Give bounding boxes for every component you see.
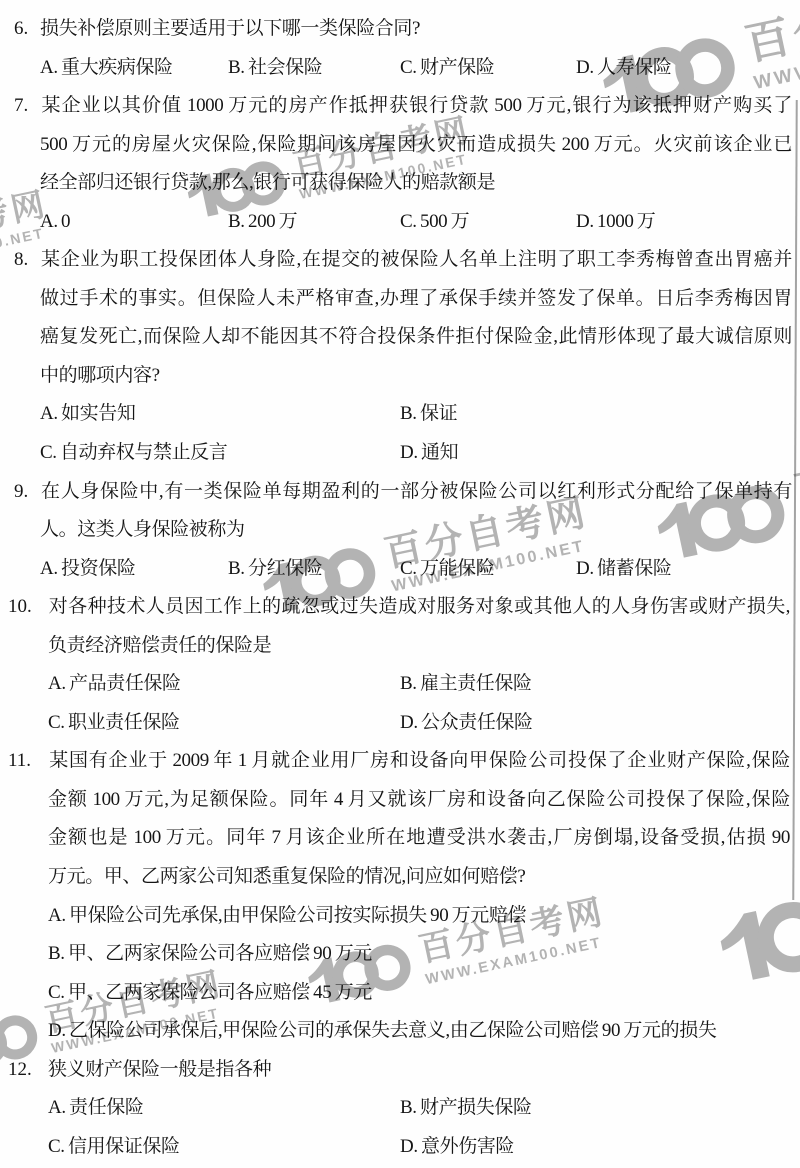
option-c: C. 财产保险	[400, 49, 576, 88]
option-b: B. 保证	[400, 395, 792, 434]
option-b: B. 雇主责任保险	[400, 665, 790, 704]
option-d: D. 公众责任保险	[400, 704, 790, 743]
option-a: A. 如实告知	[40, 395, 400, 434]
question-text: 狭义财产保险一般是指各种	[48, 1059, 271, 1080]
option-a: A. 重大疾病保险	[40, 49, 228, 88]
option-c: C. 万能保险	[400, 550, 576, 589]
option-d: D. 乙保险公司承保后,甲保险公司的承保失去意义,由乙保险公司赔偿 90 万元的…	[48, 1012, 790, 1051]
question-number: 11.	[8, 742, 48, 781]
question-line: 500 万元的房屋火灾保险,保险期间该房屋因火灾而造成损失 200 万元。火灾前…	[14, 126, 792, 165]
option-b: B. 社会保险	[228, 49, 400, 88]
question-number: 9.	[14, 473, 40, 512]
question-line: 癌复发死亡,而保险人却不能因其不符合投保条件拒付保险金,此情形体现了最大诚信原则	[14, 318, 792, 357]
options-row: A. 0 B. 200 万 C. 500 万 D. 1000 万	[14, 203, 792, 242]
question-line: 万元。甲、乙两家公司知悉重复保险的情况,问应如何赔偿?	[8, 858, 790, 897]
options-row: A. 重大疾病保险 B. 社会保险 C. 财产保险 D. 人寿保险	[14, 49, 792, 88]
question-line: 经全部归还银行贷款,那么,银行可获得保险人的赔款额是	[14, 164, 792, 203]
question-number: 12.	[8, 1051, 48, 1090]
option-b: B. 200 万	[228, 203, 400, 242]
question-number: 7.	[14, 87, 40, 126]
question-line: 6.损失补偿原则主要适用于以下哪一类保险合同?	[14, 10, 792, 49]
question-number: 10.	[8, 588, 48, 627]
question-line: 10.对各种技术人员因工作上的疏忽或过失造成对服务对象或其他人的人身伤害或财产损…	[8, 588, 790, 627]
question-9: 9.在人身保险中,有一类保险单每期盈利的一部分被保险公司以红利形式分配给了保单持…	[14, 473, 792, 589]
question-number: 6.	[14, 10, 40, 49]
options-row: A. 责任保险 B. 财产损失保险 C. 信用保证保险 D. 意外伤害险	[8, 1089, 790, 1166]
option-b: B. 财产损失保险	[400, 1089, 790, 1128]
question-text: 某企业为职工投保团体人身险,在提交的被保险人名单上注明了职工李秀梅曾查出胃癌并	[40, 249, 792, 270]
question-8: 8.某企业为职工投保团体人身险,在提交的被保险人名单上注明了职工李秀梅曾查出胃癌…	[14, 241, 792, 472]
option-a: A. 责任保险	[48, 1089, 400, 1128]
option-c: C. 自动弃权与禁止反言	[40, 434, 400, 473]
question-line: 9.在人身保险中,有一类保险单每期盈利的一部分被保险公司以红利形式分配给了保单持…	[14, 473, 792, 512]
question-line: 人。这类人身保险被称为	[14, 511, 792, 550]
option-b: B. 甲、乙两家保险公司各应赔偿 90 万元	[48, 935, 790, 974]
option-b: B. 分红保险	[228, 550, 400, 589]
option-d: D. 人寿保险	[576, 49, 792, 88]
question-line: 11.某国有企业于 2009 年 1 月就企业用厂房和设备向甲保险公司投保了企业…	[8, 742, 790, 781]
option-c: C. 职业责任保险	[48, 704, 400, 743]
question-line: 金额也是 100 万元。同年 7 月该企业所在地遭受洪水袭击,厂房倒塌,设备受损…	[8, 819, 790, 858]
option-a: A. 0	[40, 203, 228, 242]
option-d: D. 储蓄保险	[576, 550, 792, 589]
options-row: A. 产品责任保险 B. 雇主责任保险 C. 职业责任保险 D. 公众责任保险	[8, 665, 790, 742]
question-6: 6.损失补偿原则主要适用于以下哪一类保险合同? A. 重大疾病保险 B. 社会保…	[14, 10, 792, 87]
question-text: 在人身保险中,有一类保险单每期盈利的一部分被保险公司以红利形式分配给了保单持有	[40, 481, 792, 502]
option-c: C. 甲、乙两家保险公司各应赔偿 45 万元	[48, 974, 790, 1013]
question-line: 12.狭义财产保险一般是指各种	[8, 1051, 790, 1090]
option-a: A. 投资保险	[40, 550, 228, 589]
question-10: 10.对各种技术人员因工作上的疏忽或过失造成对服务对象或其他人的人身伤害或财产损…	[8, 588, 790, 742]
question-line: 做过手术的事实。但保险人未严格审查,办理了承保手续并签发了保单。日后李秀梅因胃	[14, 280, 792, 319]
option-a: A. 产品责任保险	[48, 665, 400, 704]
question-number: 8.	[14, 241, 40, 280]
question-12: 12.狭义财产保险一般是指各种 A. 责任保险 B. 财产损失保险 C. 信用保…	[8, 1051, 790, 1167]
option-d: D. 意外伤害险	[400, 1128, 790, 1167]
option-c: C. 500 万	[400, 203, 576, 242]
options-row: A. 如实告知 B. 保证 C. 自动弃权与禁止反言 D. 通知	[14, 395, 792, 472]
options-row: A. 投资保险 B. 分红保险 C. 万能保险 D. 储蓄保险	[14, 550, 792, 589]
option-d: D. 1000 万	[576, 203, 792, 242]
question-line: 8.某企业为职工投保团体人身险,在提交的被保险人名单上注明了职工李秀梅曾查出胃癌…	[14, 241, 792, 280]
question-line: 中的哪项内容?	[14, 357, 792, 396]
question-line: 负责经济赔偿责任的保险是	[8, 627, 790, 666]
exam-page: 6.损失补偿原则主要适用于以下哪一类保险合同? A. 重大疾病保险 B. 社会保…	[0, 0, 800, 1166]
question-text: 对各种技术人员因工作上的疏忽或过失造成对服务对象或其他人的人身伤害或财产损失,	[48, 596, 790, 617]
question-line: 7.某企业以其价值 1000 万元的房产作抵押获银行贷款 500 万元,银行为该…	[14, 87, 792, 126]
question-line: 金额 100 万元,为足额保险。同年 4 月又就该厂房和设备向乙保险公司投保了保…	[8, 781, 790, 820]
options-list: A. 甲保险公司先承保,由甲保险公司按实际损失 90 万元赔偿 B. 甲、乙两家…	[8, 897, 790, 1051]
question-11: 11.某国有企业于 2009 年 1 月就企业用厂房和设备向甲保险公司投保了企业…	[8, 742, 790, 1050]
option-a: A. 甲保险公司先承保,由甲保险公司按实际损失 90 万元赔偿	[48, 897, 790, 936]
question-7: 7.某企业以其价值 1000 万元的房产作抵押获银行贷款 500 万元,银行为该…	[14, 87, 792, 241]
option-d: D. 通知	[400, 434, 792, 473]
option-c: C. 信用保证保险	[48, 1128, 400, 1167]
question-text: 某企业以其价值 1000 万元的房产作抵押获银行贷款 500 万元,银行为该抵押…	[40, 95, 792, 116]
question-text: 损失补偿原则主要适用于以下哪一类保险合同?	[40, 18, 420, 39]
question-text: 某国有企业于 2009 年 1 月就企业用厂房和设备向甲保险公司投保了企业财产保…	[48, 750, 790, 771]
